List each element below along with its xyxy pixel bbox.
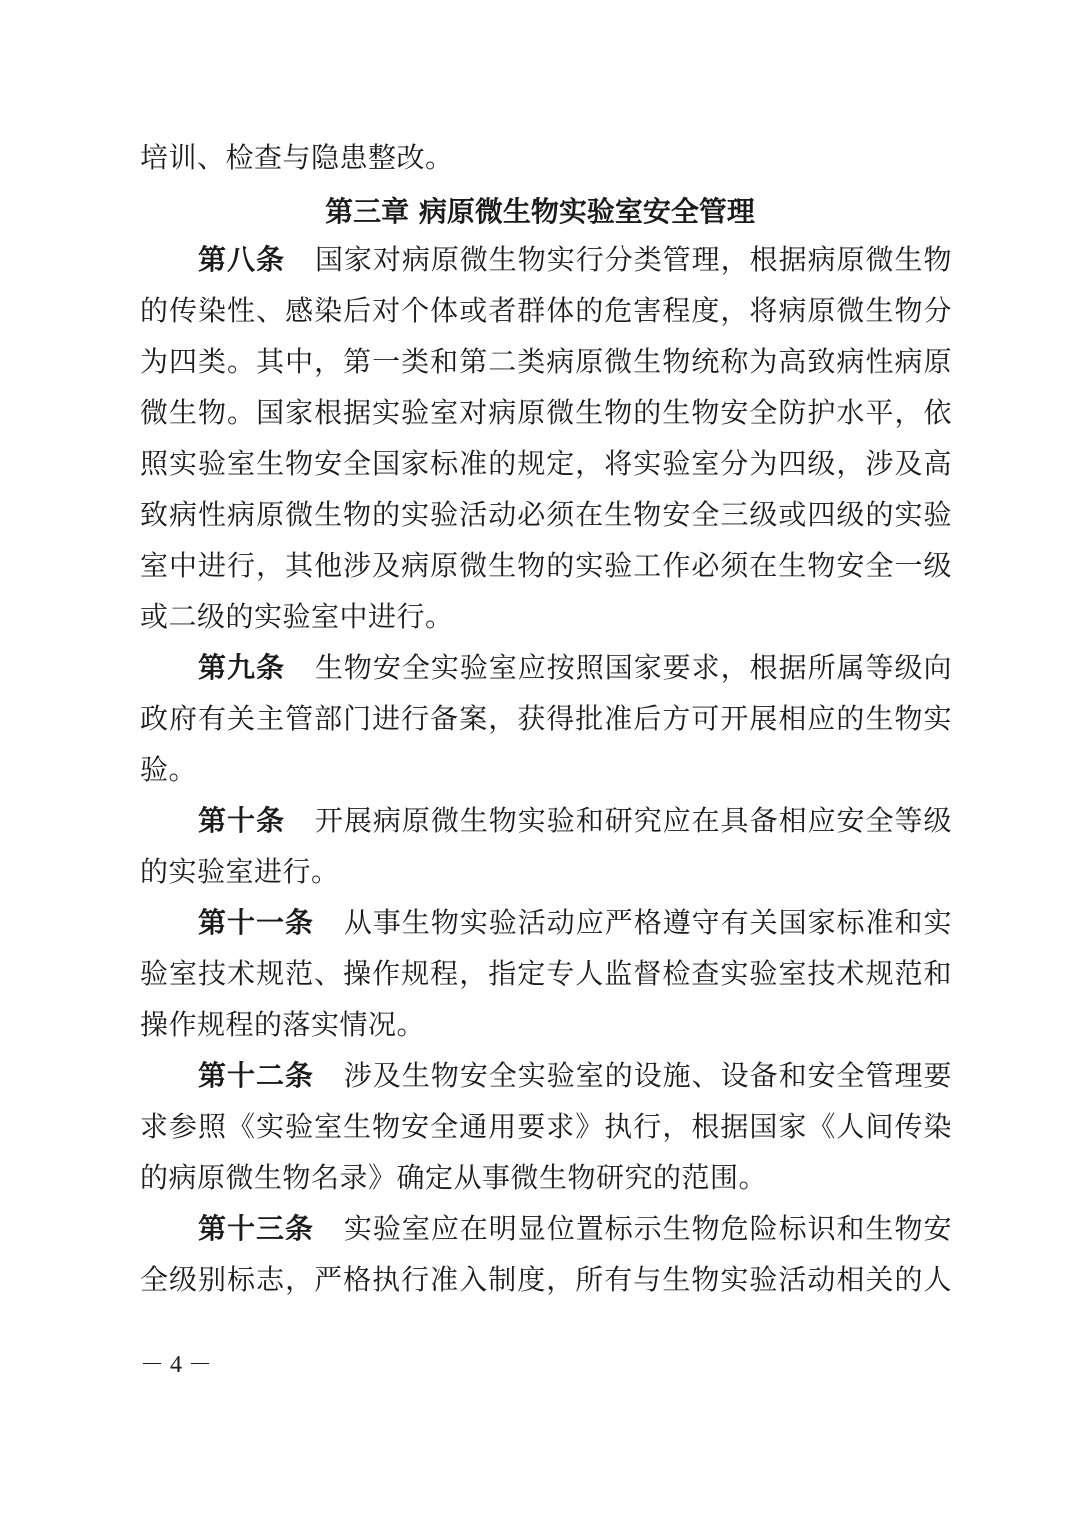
article-12-first-line: 第十二条涉及生物安全实验室的设施、设备和安全管理要 xyxy=(198,1056,952,1096)
chapter-title: 第三章 病原微生物实验室安全管理 xyxy=(0,192,1080,232)
article-label: 第十一条 xyxy=(198,906,314,939)
article-text-line: 为四类。其中，第一类和第二类病原微生物统称为高致病性病原 xyxy=(140,342,952,382)
article-text: 实验室应在明显位置标示生物危险标识和生物安 xyxy=(344,1212,952,1245)
article-text: 从事生物实验活动应严格遵守有关国家标准和实 xyxy=(344,906,952,939)
article-text-line: 求参照《实验室生物安全通用要求》执行，根据国家《人间传染 xyxy=(140,1107,952,1147)
article-text-line: 操作规程的落实情况。 xyxy=(140,1005,952,1045)
article-text-line: 微生物。国家根据实验室对病原微生物的生物安全防护水平，依 xyxy=(140,393,952,433)
article-text-line: 的病原微生物名录》确定从事微生物研究的范围。 xyxy=(140,1158,952,1198)
article-text-line: 照实验室生物安全国家标准的规定，将实验室分为四级，涉及高 xyxy=(140,444,952,484)
article-label: 第十二条 xyxy=(198,1059,314,1092)
article-text: 开展病原微生物实验和研究应在具备相应安全等级 xyxy=(315,804,952,837)
article-text-line: 致病性病原微生物的实验活动必须在生物安全三级或四级的实验 xyxy=(140,495,952,535)
document-page: 培训、检查与隐患整改。 第三章 病原微生物实验室安全管理 第八条国家对病原微生物… xyxy=(0,0,1080,1528)
article-text-line: 政府有关主管部门进行备案，获得批准后方可开展相应的生物实 xyxy=(140,699,952,739)
article-text-line: 室中进行，其他涉及病原微生物的实验工作必须在生物安全一级 xyxy=(140,546,952,586)
article-11-first-line: 第十一条从事生物实验活动应严格遵守有关国家标准和实 xyxy=(198,903,952,943)
page-number: － 4 － xyxy=(140,1350,212,1380)
article-text-line: 验。 xyxy=(140,750,952,790)
article-text-line: 的传染性、感染后对个体或者群体的危害程度，将病原微生物分 xyxy=(140,291,952,331)
article-text-line: 验室技术规范、操作规程，指定专人监督检查实验室技术规范和 xyxy=(140,954,952,994)
article-10-first-line: 第十条开展病原微生物实验和研究应在具备相应安全等级 xyxy=(198,801,952,841)
article-8-first-line: 第八条国家对病原微生物实行分类管理，根据病原微生物 xyxy=(198,240,952,280)
article-9-first-line: 第九条生物安全实验室应按照国家要求，根据所属等级向 xyxy=(198,648,952,688)
article-label: 第十条 xyxy=(198,804,285,837)
article-text-line: 或二级的实验室中进行。 xyxy=(140,597,952,637)
article-text: 国家对病原微生物实行分类管理，根据病原微生物 xyxy=(315,243,952,276)
article-text-line: 的实验室进行。 xyxy=(140,852,952,892)
article-13-first-line: 第十三条实验室应在明显位置标示生物危险标识和生物安 xyxy=(198,1209,952,1249)
article-label: 第八条 xyxy=(198,243,285,276)
article-text: 涉及生物安全实验室的设施、设备和安全管理要 xyxy=(344,1059,952,1092)
continuation-line: 培训、检查与隐患整改。 xyxy=(140,138,952,178)
article-text: 生物安全实验室应按照国家要求，根据所属等级向 xyxy=(315,651,952,684)
article-label: 第九条 xyxy=(198,651,285,684)
article-label: 第十三条 xyxy=(198,1212,314,1245)
article-text-line: 全级别标志，严格执行准入制度，所有与生物实验活动相关的人 xyxy=(140,1260,952,1300)
